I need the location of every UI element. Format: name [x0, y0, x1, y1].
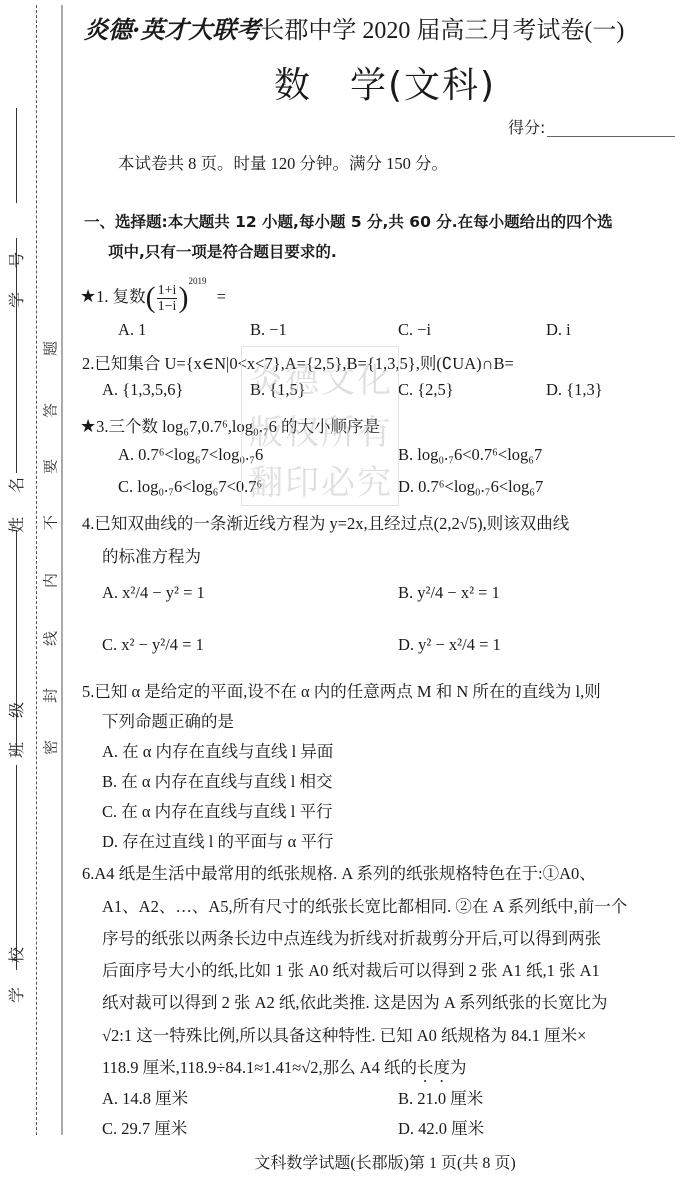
score-blank[interactable] [547, 136, 675, 137]
question-2: 2.已知集合 U={x∈N|0<x<7},A={2,5},B={1,3,5},则… [82, 350, 514, 374]
seal-char: 题 [40, 338, 60, 359]
option-a[interactable]: A. 14.8 厘米 [102, 1085, 188, 1109]
option-b[interactable]: B. −1 [250, 320, 287, 340]
class-label: 级 班 [7, 700, 27, 760]
option-a[interactable]: A. 1 [118, 320, 146, 340]
seal-char: 线 [40, 628, 60, 649]
option-c[interactable]: C. 在 α 内存在直线与直线 l 平行 [102, 798, 332, 822]
fraction: 1+i1−i [157, 283, 178, 314]
question-4: 4.已知双曲线的一条渐近线方程为 y=2x,且经过点(2,2√5),则该双曲线 [82, 510, 569, 534]
question-stem: 已知 α 是给定的平面,设不在 α 内的任意两点 M 和 N 所在的直线为 l,… [94, 682, 600, 701]
page-footer: 文科数学试题(长郡版)第 1 页(共 8 页) [70, 1150, 700, 1173]
exponent: 2019 [188, 276, 206, 286]
option-d[interactable]: D. 存在过直线 l 的平面与 α 平行 [102, 828, 333, 852]
exam-school-title: 长郡中学 2020 届高三月考试卷(一) [260, 18, 624, 44]
option-b[interactable]: B. 21.0 厘米 [398, 1085, 483, 1109]
option-d[interactable]: D. {1,3} [546, 380, 603, 400]
school-label: 校 学 [7, 945, 27, 1005]
section-title: 一、选择题:本大题共 12 小题,每小题 5 分,共 60 分.在每小题给出的四… [84, 210, 613, 232]
question-6-line: √2:1 这一特殊比例,所以具备这种特性. 已知 A0 纸规格为 84.1 厘米… [102, 1022, 587, 1046]
student-id-blank[interactable] [16, 108, 17, 203]
exam-title: 炎德·英才大联考长郡中学 2020 届高三月考试卷(一) [84, 10, 694, 45]
star-icon: ★ [80, 416, 96, 437]
option-b[interactable]: B. log₀.₇6<0.7⁶<log₆7 [398, 445, 542, 465]
seal-char: 要 [40, 456, 60, 477]
question-6-line: 后面序号大小的纸,比如 1 张 A0 纸对裁后可以得到 2 张 A1 纸,1 张… [102, 957, 600, 981]
name-label: 名 姓 [7, 475, 27, 535]
option-c[interactable]: C. 29.7 厘米 [102, 1115, 187, 1139]
exam-intro: 本试卷共 8 页。时量 120 分钟。满分 150 分。 [118, 150, 448, 174]
option-d[interactable]: D. y² − x²/4 = 1 [398, 635, 501, 655]
option-b[interactable]: B. {1,5} [250, 380, 306, 400]
seal-char: 答 [40, 400, 60, 421]
option-b[interactable]: B. 在 α 内存在直线与直线 l 相交 [102, 768, 332, 792]
seal-char: 内 [40, 570, 60, 591]
option-c[interactable]: C. x² − y²/4 = 1 [102, 635, 204, 655]
question-6-line: 序号的纸张以两条长边中点连线为折线对折裁剪分开后,可以得到两张 [102, 925, 601, 949]
seal-char: 密 [40, 737, 60, 758]
option-a[interactable]: A. {1,3,5,6} [102, 380, 183, 400]
option-d[interactable]: D. 0.7⁶<log₀.₇6<log₆7 [398, 477, 543, 497]
question-4-cont: 的标准方程为 [102, 543, 201, 567]
option-c[interactable]: C. log₀.₇6<log₆7<0.7⁶ [118, 477, 262, 497]
emphasis-dots: 长度 [417, 1058, 450, 1077]
seal-char: 不 [40, 512, 60, 533]
section-title-cont: 项中,只有一项是符合题目要求的. [108, 240, 337, 262]
class-blank[interactable] [16, 765, 17, 970]
question-5-cont: 下列命题正确的是 [102, 708, 234, 732]
question-stem: 已知双曲线的一条渐近线方程为 y=2x,且经过点(2,2√5),则该双曲线 [94, 514, 569, 533]
option-a[interactable]: A. x²/4 − y² = 1 [102, 583, 205, 603]
seal-char: 封 [40, 685, 60, 706]
binding-line [61, 5, 63, 1135]
option-d[interactable]: D. i [546, 320, 571, 340]
question-5: 5.已知 α 是给定的平面,设不在 α 内的任意两点 M 和 N 所在的直线为 … [82, 678, 601, 702]
question-1: ★1. 复数(1+i1−i)2019 = [80, 276, 226, 315]
question-stem: 已知集合 U={x∈N|0<x<7},A={2,5},B={1,3,5},则(∁… [94, 354, 514, 373]
question-3: ★3.三个数 log₆7,0.7⁶,log₀.₇6 的大小顺序是 [80, 413, 380, 437]
score-label: 得分: [508, 118, 545, 137]
option-d[interactable]: D. 42.0 厘米 [398, 1115, 484, 1139]
star-icon: ★ [80, 286, 96, 307]
question-6: 6.A4 纸是生活中最常用的纸张规格. A 系列的纸张规格特色在于:①A0、 [82, 860, 596, 884]
question-stem: A4 纸是生活中最常用的纸张规格. A 系列的纸张规格特色在于:①A0、 [94, 864, 595, 883]
option-c[interactable]: C. {2,5} [398, 380, 454, 400]
question-6-line: A1、A2、…、A5,所有尺寸的纸张长宽比都相同. ②在 A 系列纸中,前一个 [102, 893, 627, 917]
option-c[interactable]: C. −i [398, 320, 431, 340]
option-b[interactable]: B. y²/4 − x² = 1 [398, 583, 500, 603]
question-number: 1. [96, 287, 108, 306]
seal-dotted-line [36, 5, 37, 1135]
option-a[interactable]: A. 0.7⁶<log₆7<log₀.₇6 [118, 445, 263, 465]
question-stem: 三个数 log₆7,0.7⁶,log₀.₇6 的大小顺序是 [109, 417, 380, 436]
question-6-line: 纸对裁可以得到 2 张 A2 纸,依此类推. 这是因为 A 系列纸张的长宽比为 [102, 989, 608, 1013]
exam-brand: 炎德·英才大联考 [84, 15, 260, 44]
score-field: 得分: [508, 115, 675, 138]
student-id-label: 号 学 [7, 250, 27, 310]
option-a[interactable]: A. 在 α 内存在直线与直线 l 异面 [102, 738, 333, 762]
subject-title: 数 学(文科) [0, 57, 700, 108]
question-6-line: 118.9 厘米,118.9÷84.1≈1.41≈√2,那么 A4 纸的长度为 [102, 1054, 467, 1086]
